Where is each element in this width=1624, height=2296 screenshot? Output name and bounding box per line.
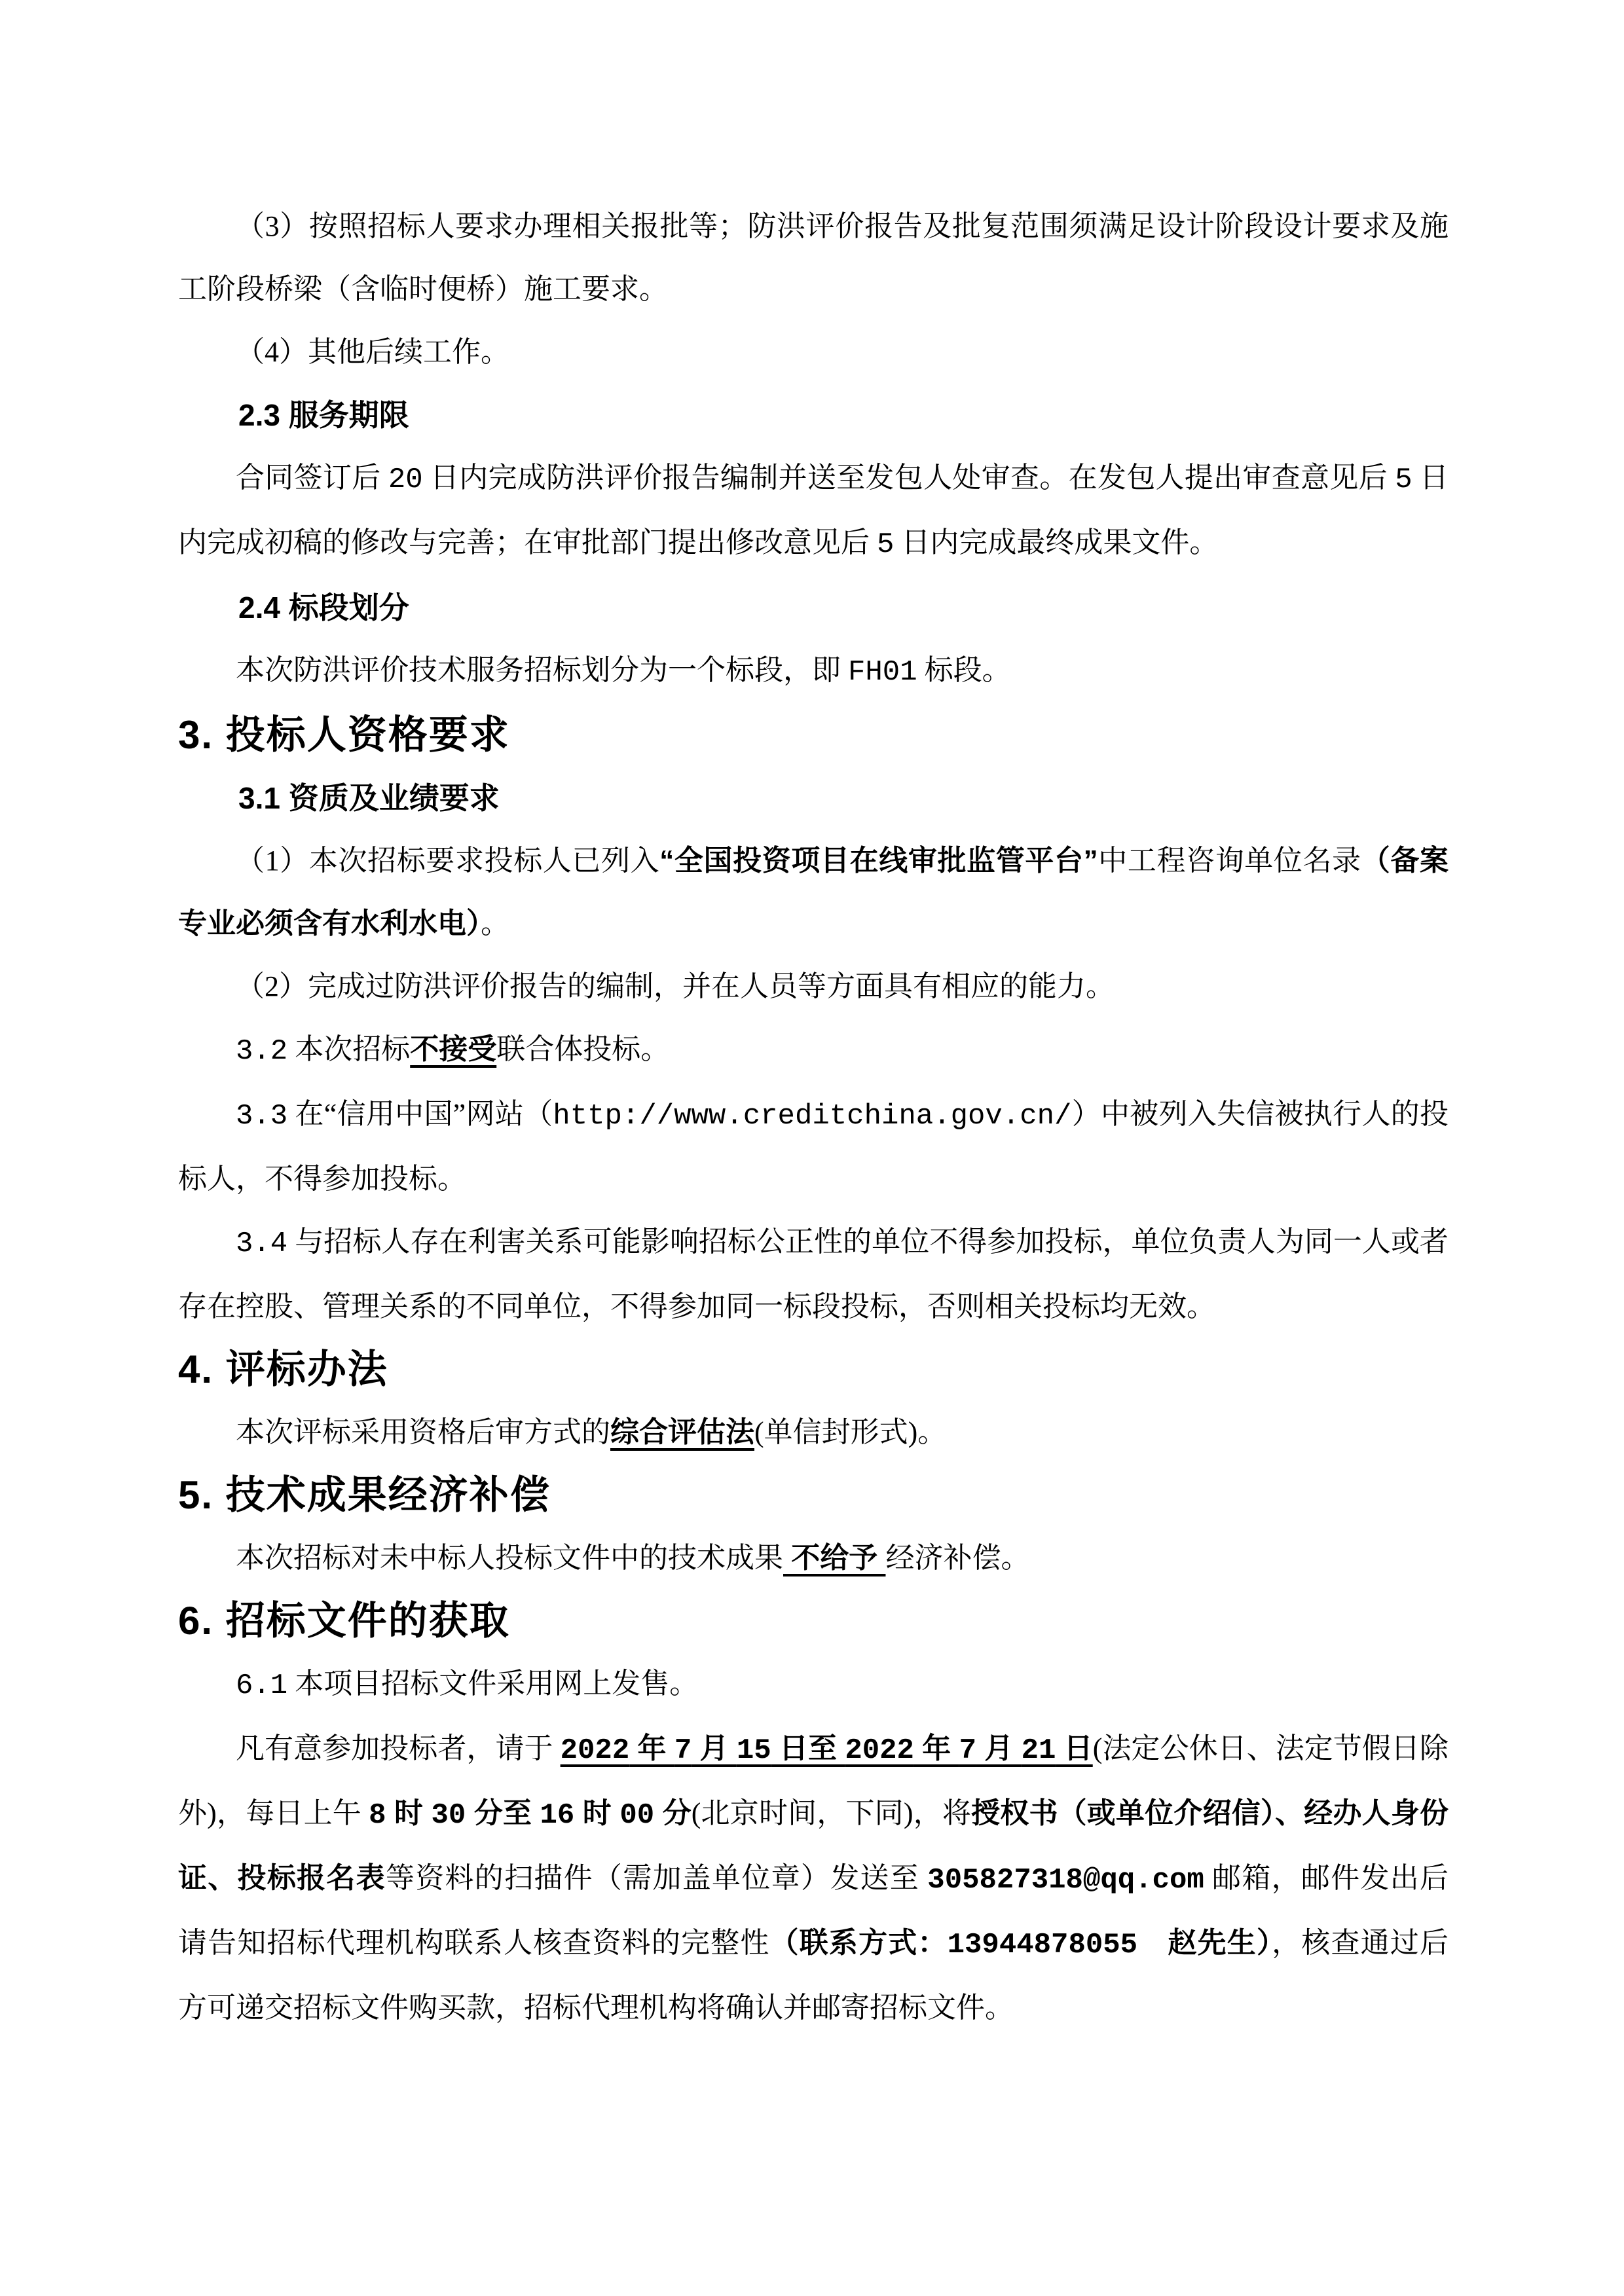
text-run: 3.1 资质及业绩要求 [238,781,500,815]
text-run: 21 [1022,1734,1056,1767]
document-page: （3）按照招标人要求办理相关报批等；防洪评价报告及批复范围须满足设计阶段设计要求… [0,0,1624,2296]
text-run: 7 [959,1734,976,1767]
text-run: 时 [386,1797,432,1829]
text-run: 经济补偿。 [885,1542,1029,1574]
text-run: 。 [481,907,509,939]
heading-4-evaluation-method: 4. 评标办法 [178,1338,1449,1401]
text-run: 5 [877,528,894,561]
text-run: （1）本次招标要求投标人已列入 [236,845,659,877]
para-evaluation-method: 本次评标采用资格后审方式的综合评估法(单信封形式)。 [178,1401,1449,1464]
text-run: 综合评估法 [610,1416,754,1448]
text-run: 2.3 服务期限 [238,398,409,432]
text-run: 6. 招标文件的获取 [178,1599,510,1643]
para-compensation: 本次招标对未中标人投标文件中的技术成果 不给予 经济补偿。 [178,1527,1449,1590]
text-run: 本次招标对未中标人投标文件中的技术成果 [236,1542,783,1574]
para-6-1-online-sale: 6.1 本项目招标文件采用网上发售。 [178,1652,1449,1717]
para-3-1-item-2: （2）完成过防洪评价报告的编制，并在人员等方面具有相应的能力。 [178,955,1449,1018]
text-run: 305827318@qq.com [927,1864,1204,1897]
heading-3-bidder-qualification: 3. 投标人资格要求 [178,704,1449,767]
text-run: 不接受 [410,1033,496,1065]
text-run: 等资料的扫描件（需加盖单位章）发送至 [386,1862,927,1894]
para-3-2-no-consortium: 3.2 本次招标不接受联合体投标。 [178,1018,1449,1083]
text-run: 20 [388,464,423,496]
heading-6-document-acquisition: 6. 招标文件的获取 [178,1590,1449,1652]
heading-2-4-section-division: 2.4 标段划分 [178,576,1449,639]
text-run: 5 [1395,464,1412,496]
clause-2-2-item-3: （3）按照招标人要求办理相关报批等；防洪评价报告及批复范围须满足设计阶段设计要求… [178,195,1449,321]
text-run: 7 [674,1734,692,1767]
text-run: 日内完成防洪评价报告编制并送至发包人处审查。在发包人提出审查意见后 [423,462,1395,494]
text-run: 月 [976,1732,1022,1764]
para-registration-instructions: 凡有意参加投标者，请于 2022 年 7 月 15 日至 2022 年 7 月 … [178,1717,1449,2039]
text-run: 8 [369,1799,386,1832]
text-run: 日至 [771,1732,845,1764]
para-3-1-item-1: （1）本次招标要求投标人已列入“全国投资项目在线审批监管平台”中工程咨询单位名录… [178,829,1449,955]
text-run: FH01 [848,656,917,689]
text-run: (单信封形式)。 [754,1416,946,1448]
text-run: 凡有意参加投标者，请于 [236,1732,561,1764]
text-run: 3. 投标人资格要求 [178,713,510,757]
para-section-division: 本次防洪评价技术服务招标划分为一个标段，即 FH01 标段。 [178,639,1449,704]
text-run: 本次防洪评价技术服务招标划分为一个标段，即 [236,654,848,686]
text-run: 分至 [466,1797,540,1829]
text-run: 时 [574,1797,619,1829]
text-run: “全国投资项目在线审批监管平台” [659,845,1098,877]
text-run: 合同签订后 [236,462,388,494]
text-run: (北京时间，下同)，将 [692,1797,971,1829]
text-run: http://www.creditchina.gov.cn/ [553,1100,1071,1133]
text-run: （4）其他后续工作。 [236,336,509,368]
text-run: 本次评标采用资格后审方式的 [236,1416,610,1448]
text-run: 日 [1056,1732,1092,1764]
text-run: 5. 技术成果经济补偿 [178,1473,551,1517]
text-run: 3.3 [236,1100,287,1133]
heading-5-technical-compensation: 5. 技术成果经济补偿 [178,1464,1449,1527]
para-3-3-credit-china: 3.3 在“信用中国”网站（http://www.creditchina.gov… [178,1083,1449,1211]
text-run: （2）完成过防洪评价报告的编制，并在人员等方面具有相应的能力。 [236,970,1115,1002]
text-run: 标段。 [917,654,1011,686]
text-run: 中工程咨询单位名录 [1098,845,1361,877]
text-run: 年 [914,1732,959,1764]
text-run: 日内完成最终成果文件。 [894,526,1218,558]
text-run: 13944878055 [948,1929,1137,1961]
text-run: 2022 [845,1734,914,1767]
text-run: 在“信用中国”网站（ [287,1098,553,1130]
text-run: 本项目招标文件采用网上发售。 [287,1667,698,1700]
text-run: 4. 评标办法 [178,1347,388,1391]
text-run: 6.1 [236,1669,287,1702]
text-run: 16 [540,1799,575,1832]
heading-3-1-qualification-requirements: 3.1 资质及业绩要求 [178,767,1449,829]
document-content: （3）按照招标人要求办理相关报批等；防洪评价报告及批复范围须满足设计阶段设计要求… [0,0,1624,2039]
text-run: 不给予 [783,1542,885,1574]
text-run: 赵先生） [1137,1927,1272,1959]
text-run: 分 [654,1797,692,1829]
para-service-period: 合同签订后 20 日内完成防洪评价报告编制并送至发包人处审查。在发包人提出审查意… [178,446,1449,576]
text-run: 3.2 [236,1035,287,1068]
text-run: 月 [692,1732,737,1764]
text-run: 联合体投标。 [496,1033,669,1065]
text-run: 3.4 [236,1228,287,1260]
text-run: 年 [629,1732,674,1764]
text-run: 本次招标 [287,1033,410,1065]
text-run: 30 [432,1799,466,1832]
para-3-4-conflict-of-interest: 3.4 与招标人存在利害关系可能影响招标公正性的单位不得参加投标，单位负责人为同… [178,1211,1449,1338]
text-run: 15 [737,1734,771,1767]
text-run: （3）按照招标人要求办理相关报批等；防洪评价报告及批复范围须满足设计阶段设计要求… [178,210,1449,305]
heading-2-3-service-period: 2.3 服务期限 [178,384,1449,446]
text-run: 与招标人存在利害关系可能影响招标公正性的单位不得参加投标，单位负责人为同一人或者… [178,1226,1449,1322]
text-run: 00 [619,1799,654,1832]
text-run: 2.4 标段划分 [238,591,409,625]
text-run: 2022 [561,1734,630,1767]
text-run: （联系方式： [770,1927,948,1959]
clause-2-2-item-4: （4）其他后续工作。 [178,321,1449,384]
